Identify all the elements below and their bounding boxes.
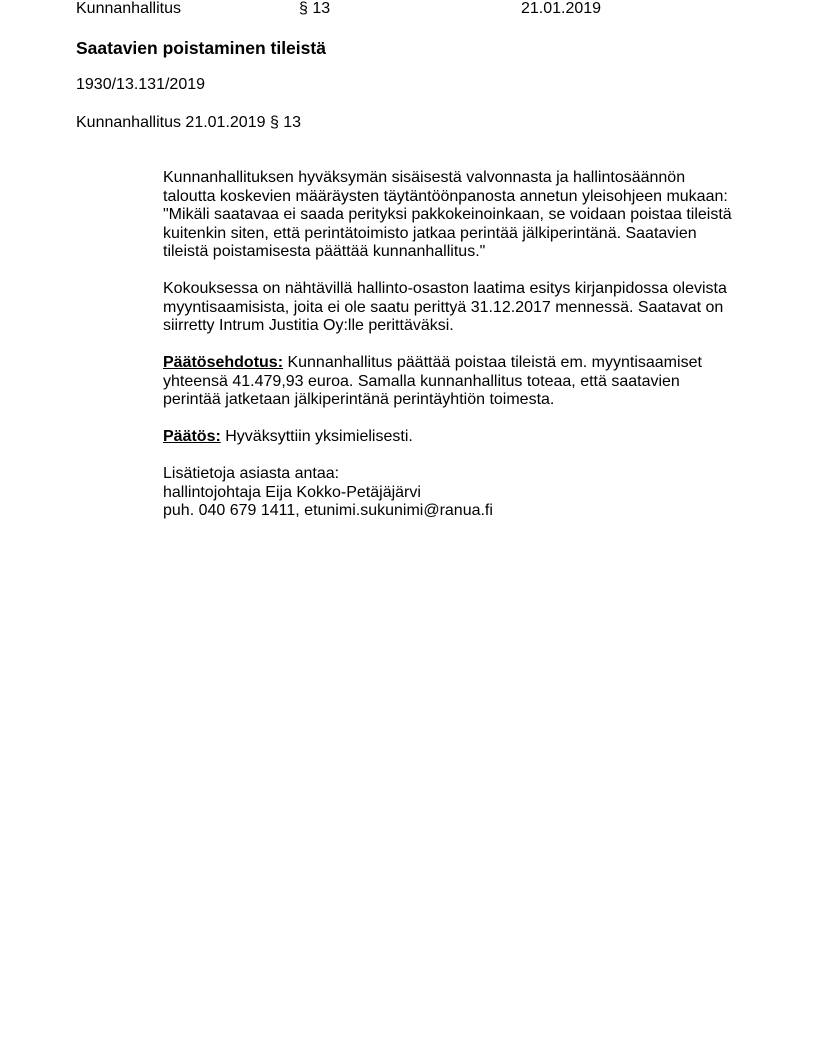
text-line: tileistä poistamisesta päättää kunnanhal… bbox=[163, 243, 763, 262]
meeting-paragraph: Kokouksessa on nähtävillä hallinto-osast… bbox=[163, 280, 763, 336]
proposal-label: Päätösehdotus: bbox=[163, 354, 283, 371]
intro-paragraph: Kunnanhallituksen hyväksymän sisäisestä … bbox=[163, 169, 763, 262]
text-line: kuitenkin siten, että perintätoimisto ja… bbox=[163, 225, 763, 244]
header-organ: Kunnanhallitus bbox=[76, 0, 181, 19]
text-line: perintää jatketaan jälkiperintänä perint… bbox=[163, 391, 763, 410]
header-date: 21.01.2019 bbox=[521, 0, 601, 19]
text-line: Kunnanhallituksen hyväksymän sisäisestä … bbox=[163, 169, 763, 188]
decision-paragraph: Päätös: Hyväksyttiin yksimielisesti. bbox=[163, 428, 763, 447]
decision-text: Hyväksyttiin yksimielisesti. bbox=[221, 428, 413, 445]
proposal-paragraph: Päätösehdotus: Kunnanhallitus päättää po… bbox=[163, 354, 763, 410]
contact-person: hallintojohtaja Eija Kokko-Petäjäjärvi bbox=[163, 484, 763, 503]
text-line: yhteensä 41.479,93 euroa. Samalla kunnan… bbox=[163, 373, 763, 392]
text-line: taloutta koskevien määräysten täytäntöön… bbox=[163, 188, 763, 207]
contact-details: puh. 040 679 1411, etunimi.sukunimi@ranu… bbox=[163, 502, 763, 521]
contact-paragraph: Lisätietoja asiasta antaa: hallintojohta… bbox=[163, 465, 763, 521]
document-title: Saatavien poistaminen tileistä bbox=[76, 37, 326, 59]
header-section: § 13 bbox=[299, 0, 330, 19]
text-line: Kokouksessa on nähtävillä hallinto-osast… bbox=[163, 280, 763, 299]
meeting-reference: Kunnanhallitus 21.01.2019 § 13 bbox=[76, 113, 301, 133]
text-line: myyntisaamisista, joita ei ole saatu per… bbox=[163, 299, 763, 318]
text-line: "Mikäli saatavaa ei saada perityksi pakk… bbox=[163, 206, 763, 225]
text-line: Päätösehdotus: Kunnanhallitus päättää po… bbox=[163, 354, 763, 373]
proposal-first-line: Kunnanhallitus päättää poistaa tileistä … bbox=[283, 354, 702, 371]
text-line: Päätös: Hyväksyttiin yksimielisesti. bbox=[163, 428, 763, 447]
decision-label: Päätös: bbox=[163, 428, 221, 445]
contact-heading: Lisätietoja asiasta antaa: bbox=[163, 465, 763, 484]
text-line: siirretty Intrum Justitia Oy:lle perittä… bbox=[163, 317, 763, 336]
diary-number: 1930/13.131/2019 bbox=[76, 75, 205, 95]
document-body: Kunnanhallituksen hyväksymän sisäisestä … bbox=[163, 169, 763, 539]
